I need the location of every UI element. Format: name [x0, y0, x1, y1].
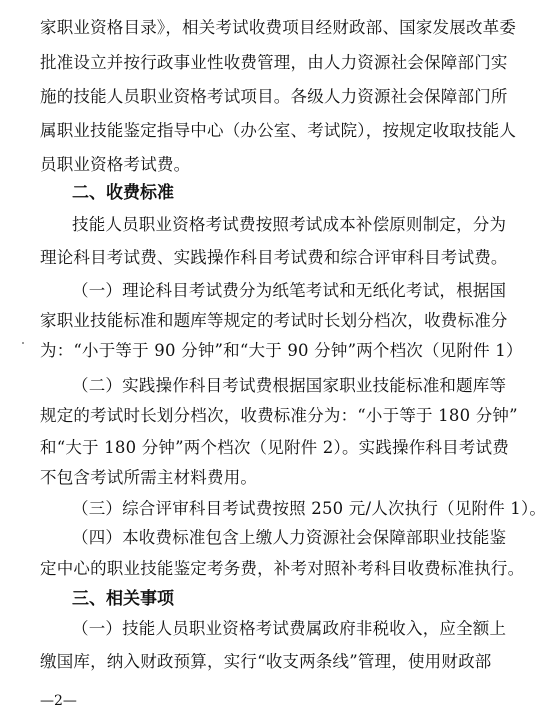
text-line: 批准设立并按行政事业性收费管理，由人力资源社会保障部门实 — [40, 53, 483, 73]
text-line: 家职业技能标准和题库等规定的考试时长划分档次，收费标准分 — [40, 311, 483, 331]
text-line: 属职业技能鉴定指导中心（办公室、考试院），按规定收取技能人 — [40, 121, 483, 141]
text-line: 施的技能人员职业资格考试项目。各级人力资源社会保障部门所 — [40, 87, 483, 107]
text-line: 定中心的职业技能鉴定考务费，补考对照补考科目收费标准执行。 — [40, 559, 483, 579]
text-line: （二）实践操作科目考试费根据国家职业技能标准和题库等 — [72, 376, 483, 396]
section-heading: 二、收费标准 — [72, 183, 174, 203]
text-line: （四）本收费标准包含上缴人力资源社会保障部职业技能鉴 — [72, 528, 483, 548]
text-line: （三）综合评审科目考试费按照 250 元/人次执行（见附件 1）。 — [72, 499, 483, 519]
text-line: 规定的考试时长划分档次，收费标准分为：“小于等于 180 分钟” — [40, 406, 483, 426]
section-heading: 三、相关事项 — [72, 589, 174, 609]
text-line: 为：“小于等于 90 分钟”和“大于 90 分钟”两个档次（见附件 1） — [40, 341, 483, 361]
text-line: 和“大于 180 分钟”两个档次（见附件 2）。实践操作科目考试费 — [40, 438, 483, 458]
scan-speck — [22, 342, 24, 344]
text-line: 家职业资格目录》，相关考试收费项目经财政部、国家发展改革委 — [40, 18, 483, 38]
text-line: （一）理论科目考试费分为纸笔考试和无纸化考试，根据国 — [72, 281, 483, 301]
text-line: 缴国库，纳入财政预算，实行“收支两条线”管理，使用财政部 — [40, 652, 483, 672]
text-line: 员职业资格考试费。 — [40, 155, 483, 175]
text-line: 不包含考试所需主材料费用。 — [40, 468, 483, 488]
page-number: —2— — [40, 692, 77, 710]
text-line: 理论科目考试费、实践操作科目考试费和综合评审科目考试费。 — [40, 248, 483, 268]
text-line: 技能人员职业资格考试费按照考试成本补偿原则制定，分为 — [72, 215, 483, 235]
text-line: （一）技能人员职业资格考试费属政府非税收入，应全额上 — [72, 619, 483, 639]
